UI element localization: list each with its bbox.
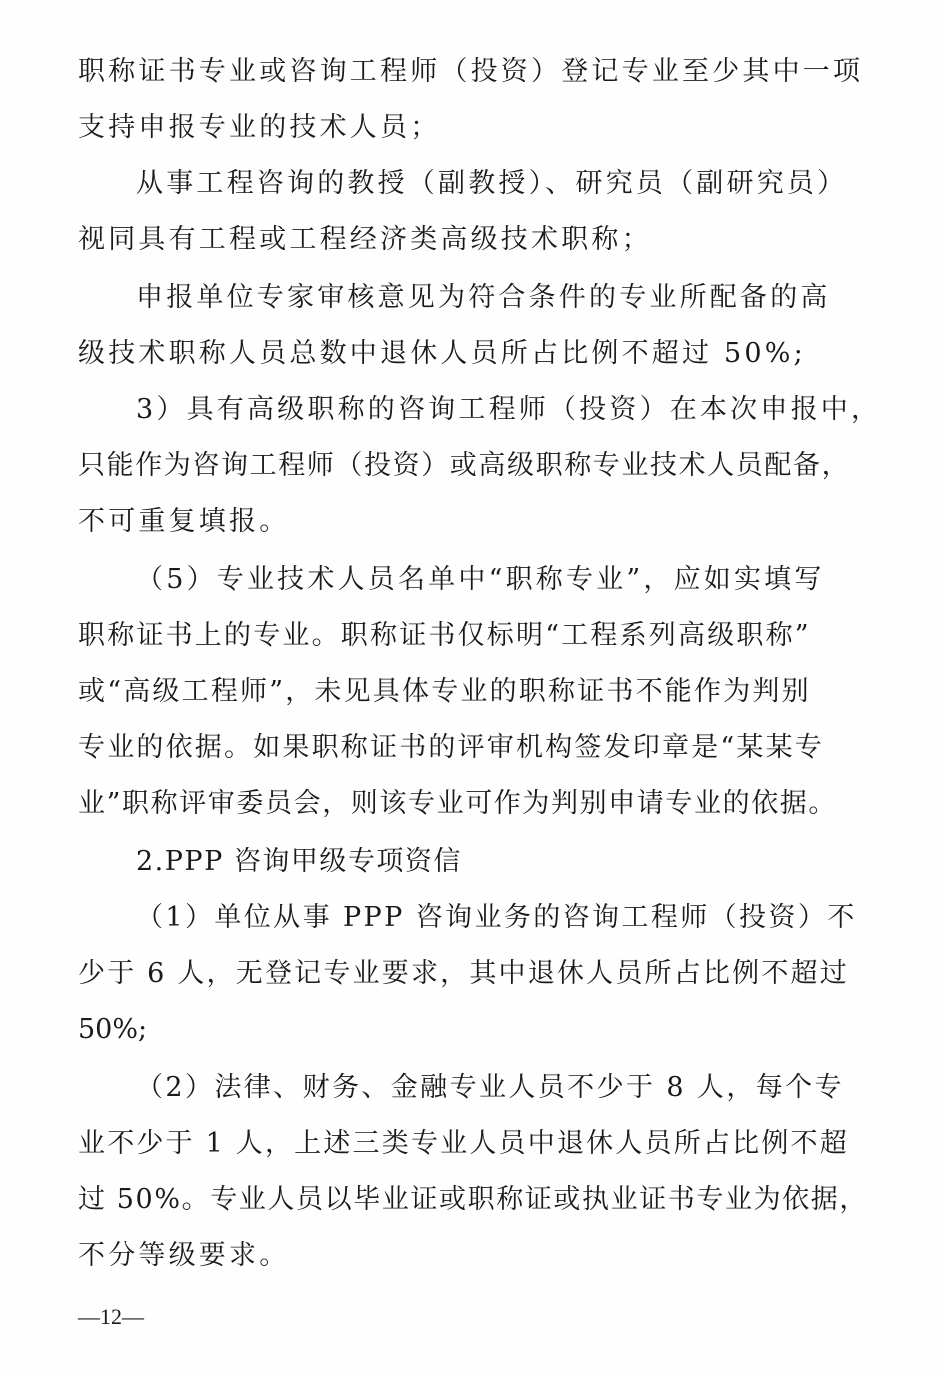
- text-line: 只能作为咨询工程师（投资）或高级职称专业技术人员配备，: [78, 450, 838, 482]
- text-line: 从事工程咨询的教授（副教授）、研究员（副研究员）: [136, 168, 896, 200]
- text-line: 职称证书上的专业。职称证书仅标明“工程系列高级职称”: [78, 620, 838, 652]
- text-line: 专业的依据。如果职称证书的评审机构签发印章是“某某专: [78, 732, 838, 764]
- text-line: 支持申报专业的技术人员；: [78, 112, 838, 144]
- text-line: 不分等级要求。: [78, 1240, 838, 1272]
- text-line: 不可重复填报。: [78, 506, 838, 538]
- text-line: 过 50%。专业人员以毕业证或职称证或执业证书专业为依据，: [78, 1184, 838, 1216]
- text-line: （5）专业技术人员名单中“职称专业”，应如实填写: [136, 564, 896, 596]
- page-number: —12—: [78, 1304, 144, 1330]
- text-line: 少于 6 人，无登记专业要求，其中退休人员所占比例不超过: [78, 958, 838, 990]
- text-line: （2）法律、财务、金融专业人员不少于 8 人，每个专: [136, 1072, 896, 1104]
- text-line: 级技术职称人员总数中退休人员所占比例不超过 50%;: [78, 338, 838, 370]
- text-line: 业”职称评审委员会，则该专业可作为判别申请专业的依据。: [78, 788, 838, 820]
- text-line: 视同具有工程或工程经济类高级技术职称；: [78, 224, 838, 256]
- text-line: 3）具有高级职称的咨询工程师（投资）在本次申报中，: [136, 394, 896, 426]
- section-heading: 2.PPP 咨询甲级专项资信: [136, 846, 896, 878]
- text-line: 业不少于 1 人，上述三类专业人员中退休人员所占比例不超: [78, 1128, 838, 1160]
- text-line: 申报单位专家审核意见为符合条件的专业所配备的高: [136, 282, 896, 314]
- text-line: 50%;: [78, 1014, 838, 1046]
- text-line: 职称证书专业或咨询工程师（投资）登记专业至少其中一项: [78, 56, 838, 88]
- text-line: 或“高级工程师”，未见具体专业的职称证书不能作为判别: [78, 676, 838, 708]
- document-page: 职称证书专业或咨询工程师（投资）登记专业至少其中一项 支持申报专业的技术人员； …: [0, 0, 944, 1377]
- text-line: （1）单位从事 PPP 咨询业务的咨询工程师（投资）不: [136, 902, 896, 934]
